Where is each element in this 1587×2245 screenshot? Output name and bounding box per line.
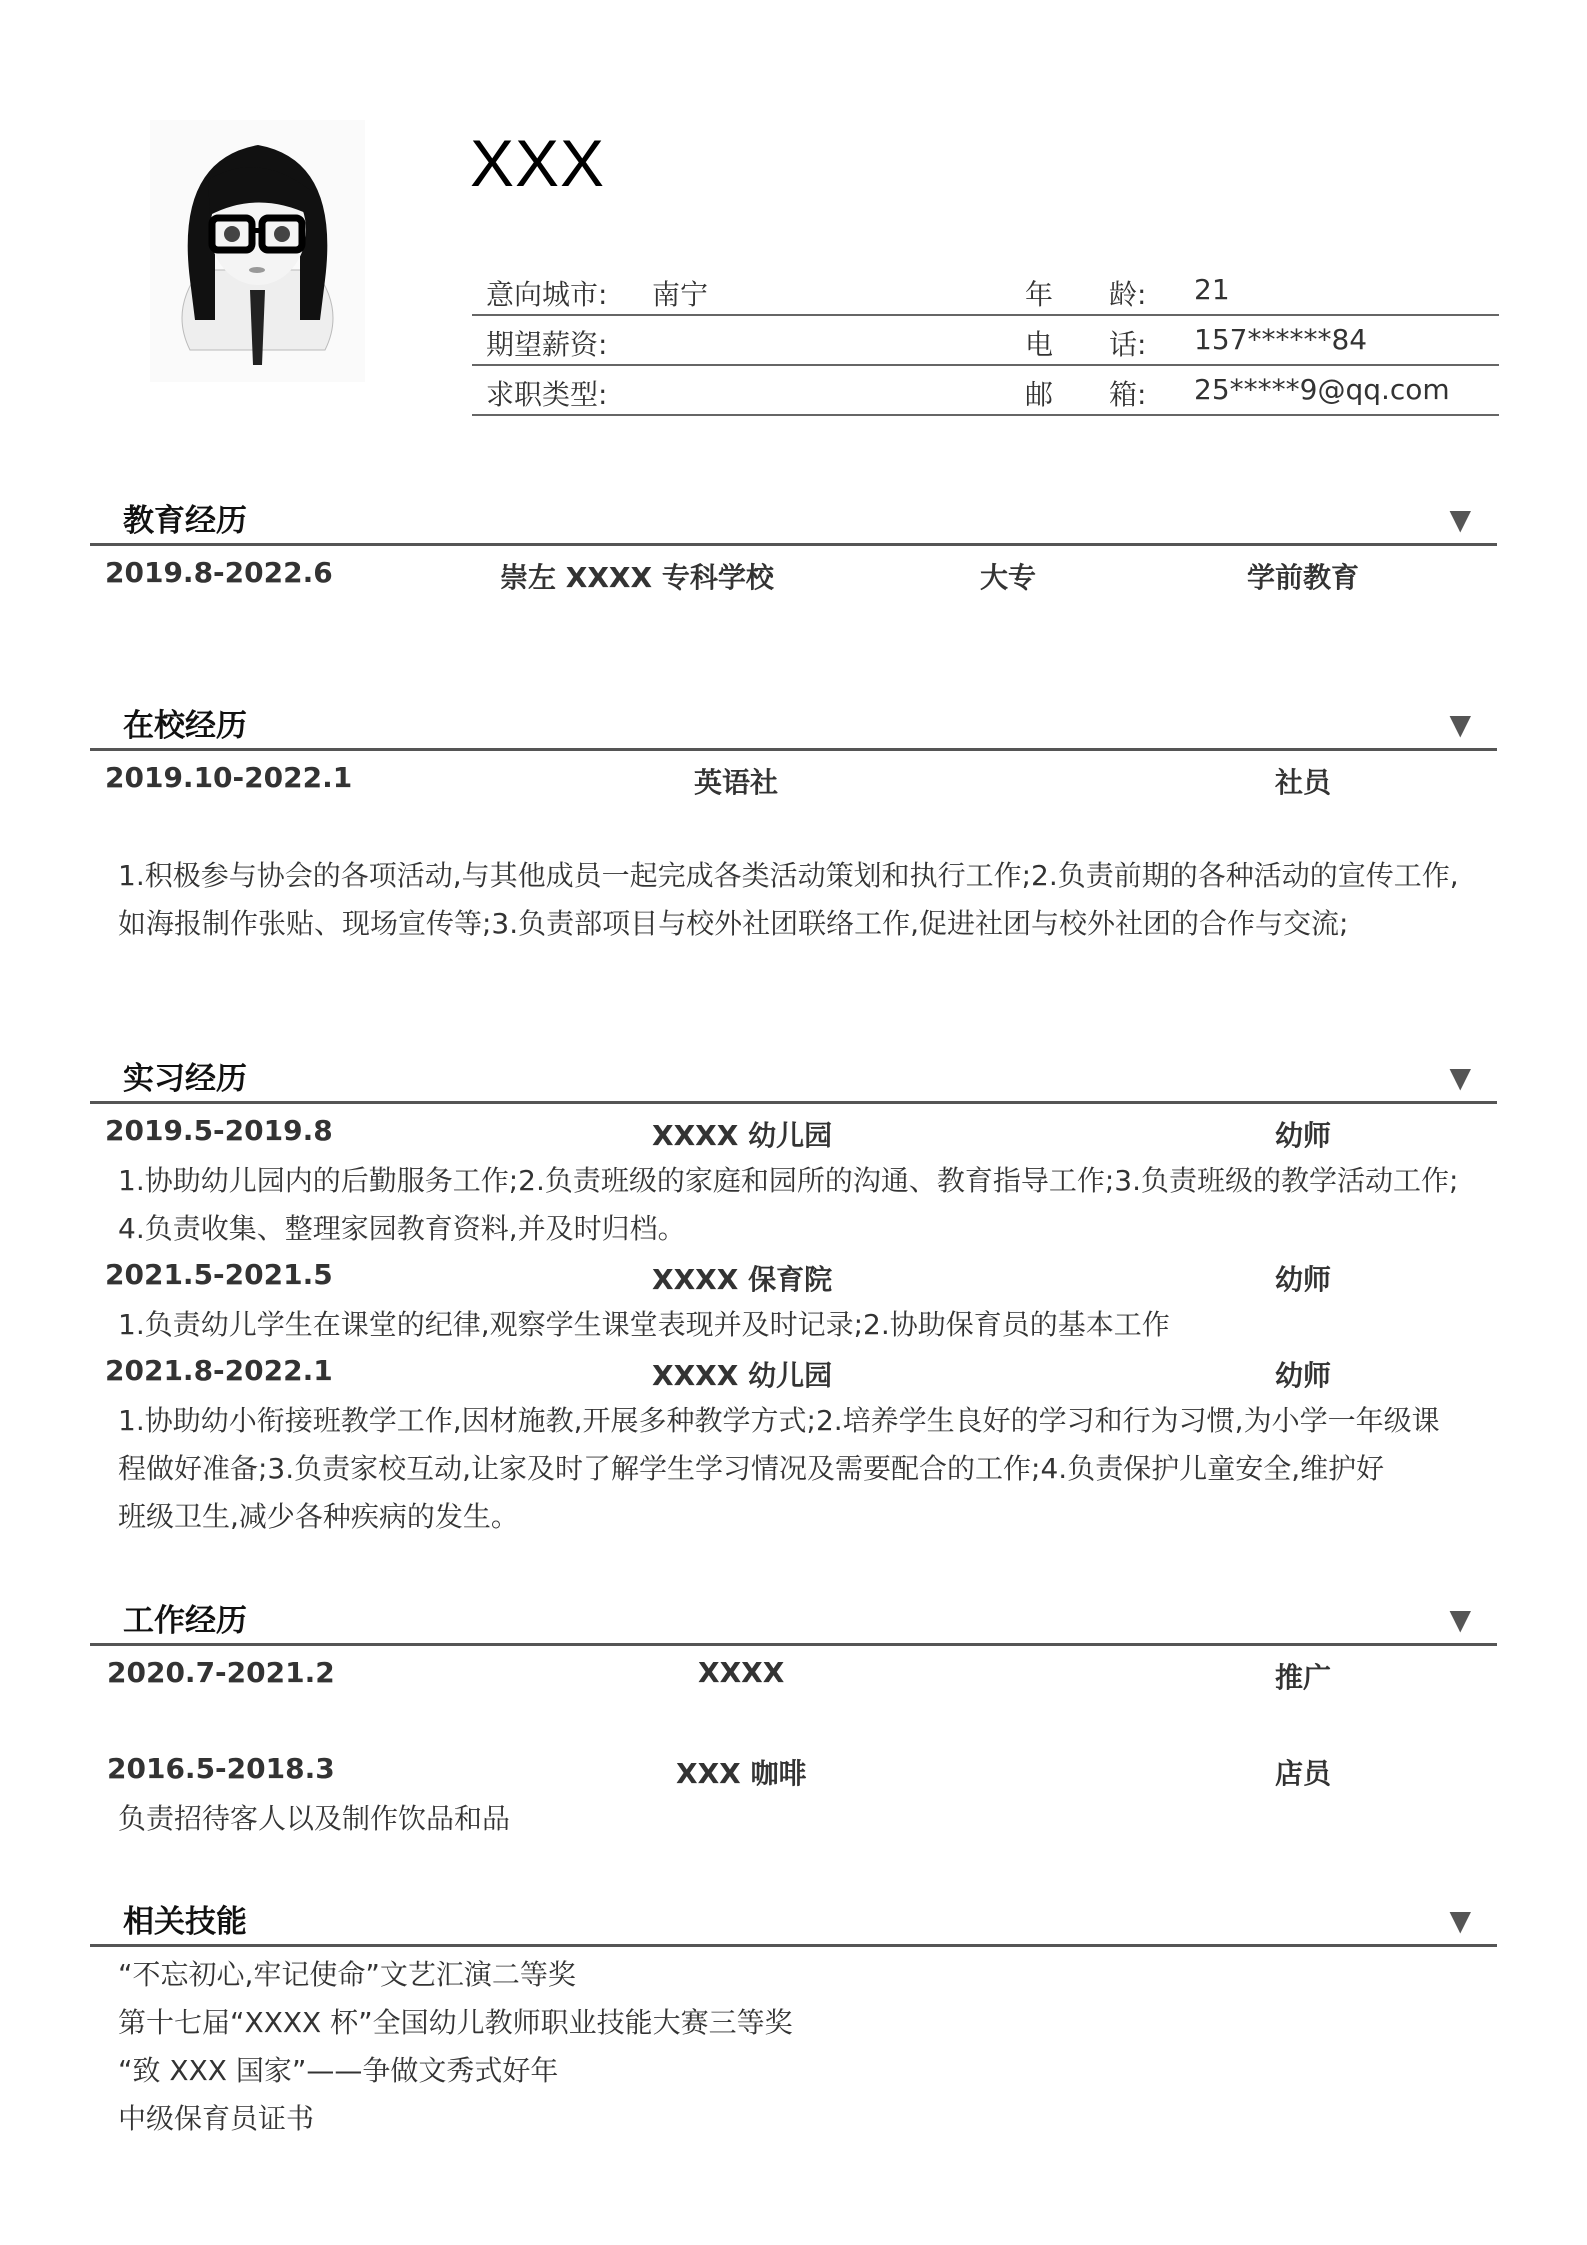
work-org: XXXX	[698, 1656, 784, 1689]
cartoon-girl-avatar-icon	[150, 120, 365, 382]
intern-org: XXXX 幼儿园	[652, 1114, 832, 1154]
section-campus-header: 在校经历 ▼	[90, 704, 1497, 751]
intern-date: 2021.8-2022.1	[105, 1354, 333, 1387]
skill-item: “不忘初心,牢记使命”文艺汇演二等奖	[118, 1951, 576, 1999]
edu-date: 2019.8-2022.6	[105, 556, 333, 589]
age-label-a: 年	[1025, 273, 1053, 313]
age-label-b: 龄:	[1109, 273, 1146, 313]
collapse-arrow-icon[interactable]: ▼	[1449, 503, 1471, 536]
salary-label: 期望薪资:	[486, 323, 607, 363]
age-value: 21	[1194, 273, 1230, 306]
intern-role: 幼师	[1275, 1114, 1331, 1154]
section-education-header: 教育经历 ▼	[90, 499, 1497, 546]
skill-item: “致 XXX 国家”——争做文秀式好年	[118, 2047, 558, 2095]
jobtype-label: 求职类型:	[486, 373, 607, 413]
intern-desc-line: 1.协助幼儿园内的后勤服务工作;2.负责班级的家庭和园所的沟通、教育指导工作;3…	[118, 1157, 1458, 1205]
section-title: 相关技能	[123, 1896, 247, 1941]
intern-role: 幼师	[1275, 1258, 1331, 1298]
section-internship-header: 实习经历 ▼	[90, 1057, 1497, 1104]
email-label-b: 箱:	[1109, 373, 1146, 413]
section-title: 工作经历	[123, 1595, 247, 1640]
work-date: 2016.5-2018.3	[107, 1752, 335, 1785]
intern-date: 2019.5-2019.8	[105, 1114, 333, 1147]
edu-school: 崇左 XXXX 专科学校	[500, 556, 774, 596]
intern-desc-line: 1.负责幼儿学生在课堂的纪律,观察学生课堂表现并及时记录;2.协助保育员的基本工…	[118, 1301, 1170, 1349]
phone-label-a: 电	[1025, 323, 1053, 363]
email-value: 25*****9@qq.com	[1194, 373, 1450, 406]
collapse-arrow-icon[interactable]: ▼	[1449, 1603, 1471, 1636]
info-row-jobtype-email: 求职类型: 邮 箱: 25*****9@qq.com	[472, 365, 1499, 416]
work-role: 店员	[1275, 1752, 1331, 1792]
collapse-arrow-icon[interactable]: ▼	[1449, 1061, 1471, 1094]
edu-major: 学前教育	[1247, 556, 1359, 596]
section-title: 教育经历	[123, 495, 247, 540]
info-row-city-age: 意向城市: 南宁 年 龄: 21	[472, 265, 1499, 316]
intern-desc-line: 4.负责收集、整理家园教育资料,并及时归档。	[118, 1205, 686, 1253]
campus-role: 社员	[1275, 761, 1331, 801]
email-label-a: 邮	[1025, 373, 1053, 413]
avatar	[150, 120, 365, 382]
section-title: 实习经历	[123, 1053, 247, 1098]
campus-org: 英语社	[694, 761, 778, 801]
campus-desc-line: 如海报制作张贴、现场宣传等;3.负责部项目与校外社团联络工作,促进社团与校外社团…	[118, 900, 1349, 948]
skill-item: 中级保育员证书	[118, 2095, 314, 2143]
phone-value: 157******84	[1194, 323, 1367, 356]
section-skills-header: 相关技能 ▼	[90, 1900, 1497, 1947]
intern-desc-line: 程做好准备;3.负责家校互动,让家及时了解学生学习情况及需要配合的工作;4.负责…	[118, 1445, 1384, 1493]
intern-desc-line: 1.协助幼小衔接班教学工作,因材施教,开展多种教学方式;2.培养学生良好的学习和…	[118, 1397, 1440, 1445]
phone-label-b: 话:	[1109, 323, 1146, 363]
intern-desc-line: 班级卫生,减少各种疾病的发生。	[118, 1493, 519, 1541]
work-date: 2020.7-2021.2	[107, 1656, 335, 1689]
candidate-name: XXX	[470, 125, 605, 201]
campus-date: 2019.10-2022.1	[105, 761, 352, 794]
skill-item: 第十七届“XXXX 杯”全国幼儿教师职业技能大赛三等奖	[118, 1999, 793, 2047]
intern-role: 幼师	[1275, 1354, 1331, 1394]
edu-degree: 大专	[980, 556, 1036, 596]
work-role: 推广	[1275, 1656, 1331, 1696]
campus-desc-line: 1.积极参与协会的各项活动,与其他成员一起完成各类活动策划和执行工作;2.负责前…	[118, 852, 1459, 900]
city-label: 意向城市:	[486, 273, 607, 313]
work-desc-line: 负责招待客人以及制作饮品和品	[118, 1795, 510, 1843]
collapse-arrow-icon[interactable]: ▼	[1449, 1904, 1471, 1937]
intern-org: XXXX 幼儿园	[652, 1354, 832, 1394]
city-value: 南宁	[652, 273, 708, 313]
section-title: 在校经历	[123, 700, 247, 745]
section-work-header: 工作经历 ▼	[90, 1599, 1497, 1646]
collapse-arrow-icon[interactable]: ▼	[1449, 708, 1471, 741]
info-row-salary-phone: 期望薪资: 电 话: 157******84	[472, 315, 1499, 366]
intern-date: 2021.5-2021.5	[105, 1258, 333, 1291]
work-org: XXX 咖啡	[676, 1752, 807, 1792]
intern-org: XXXX 保育院	[652, 1258, 832, 1298]
